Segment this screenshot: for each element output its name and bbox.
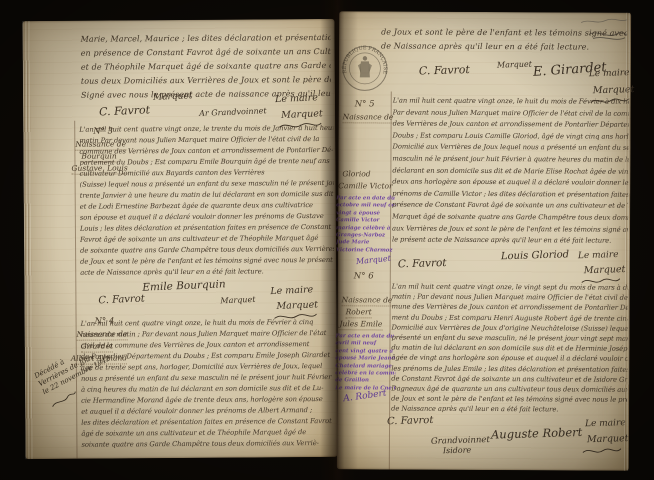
margin-birth-label-5: Naissance de — [343, 112, 394, 123]
handwritten-line: de Graillon — [335, 378, 395, 386]
signature-witness-marquet-3: Marquet — [497, 60, 532, 70]
handwritten-line: de Naissance après qu'il leur en a été f… — [381, 39, 627, 54]
signature-favrot-3: C. Favrot — [419, 63, 470, 78]
mayor-title-4: Le maire — [578, 250, 619, 261]
marriage-stamp-signature-5: Marquet — [356, 254, 392, 266]
margin-surname-5: Gloriod — [342, 169, 370, 178]
handwritten-line: Marquet âgé de soixante quatre ans Garde… — [392, 211, 628, 224]
marriage-stamp-act5: Par acte en date du 29octobre mil neuf c… — [336, 195, 396, 254]
handwritten-line: âgée de vingt ans horlogère son épouse e… — [391, 353, 627, 364]
act3-text: L'an mil huit cent quatre vingt onze, le… — [79, 123, 334, 279]
handwritten-line: de Naissance après qu'il leur en a été f… — [391, 404, 627, 415]
handwritten-line: soixante quatre ans Garde Champêtre tous… — [81, 438, 335, 451]
handwritten-line: acte de Naissance après qu'il leur en a … — [80, 266, 334, 279]
margin-given-names-5: Camille Victor — [338, 181, 392, 190]
signature-robert: Auguste Robert — [491, 425, 583, 442]
handwritten-line: octobre mil neuf cent — [336, 203, 396, 211]
mayor-title-3: Le maire — [589, 68, 630, 79]
handwritten-line: Camille Victor — [336, 217, 396, 225]
margin-act-number-6: N° 6 — [354, 271, 374, 281]
signature-favrot-2: C. Favrot — [98, 293, 145, 306]
signature-mayor-4: Marquet — [584, 264, 626, 276]
handwritten-line: deux ans horlogère son épouse et auquel … — [392, 177, 628, 190]
act6-text: L'an mil huit cent quatre vingt onze, le… — [391, 282, 628, 416]
act4-text: L'an mil huit cent quatre vingt onze, le… — [81, 317, 336, 451]
civil-register-photograph: Marie, Marcel, Maurice ; les dites décla… — [0, 0, 654, 480]
mayor-title-5: Le maire — [585, 418, 626, 429]
handwritten-line: L'an mil huit cent quatre vingt onze, le… — [393, 96, 629, 109]
margin-given-names-6: Jules Emile — [340, 319, 383, 330]
right-page: RÉPUBLIQUE FRANÇAISE de Joux et sont le … — [337, 11, 631, 471]
signature-mayor-5: Marquet — [587, 433, 629, 445]
signature-bourquin: Emile Bourquin — [142, 278, 226, 293]
handwritten-line: des Verrières de Joux canton et arrondis… — [393, 119, 629, 132]
handwritten-line: le présent acte de Naissance après qu'il… — [392, 235, 628, 248]
signature-favrot-4: C. Favrot — [398, 257, 447, 270]
signature-gloriod: Louis Gloriod — [501, 249, 570, 262]
margin-act-number-5: N° 5 — [355, 99, 375, 109]
signature-mayor-3: Marquet — [593, 84, 635, 96]
margin-birth-label-6: Naissance de — [342, 295, 393, 306]
signature-favrot: C. Favrot — [99, 103, 150, 118]
signature-witness-marquet-2: Marquet — [220, 295, 255, 305]
handwritten-line: épousé Marie Jeanne — [335, 355, 395, 363]
handwritten-line: masculin né le présent jour huit Février… — [392, 153, 628, 166]
handwritten-line: partement du Doubs ; Est comparu Emile B… — [79, 156, 333, 169]
signature-favrot-5: C. Favrot — [387, 415, 434, 427]
signature-grandvoinnet: Ar Grandvoinnet — [199, 106, 267, 118]
handwritten-line: Jude Marie — [336, 240, 396, 248]
mayor-title-2: Le maire — [270, 284, 313, 297]
signature-paraph — [581, 446, 623, 456]
handwritten-line: mune des Verrières de Joux canton et arr… — [392, 302, 628, 313]
mayor-title: Le maire — [275, 92, 318, 105]
act5-text: L'an mil huit cent quatre vingt onze, le… — [392, 96, 629, 248]
death-note-paraph — [49, 389, 79, 410]
left-page: Marie, Marcel, Maurice ; les dites décla… — [22, 19, 337, 459]
signature-isidore: Isidore — [443, 445, 472, 455]
handwritten-line: de Joux et sont le père de l'enfant et l… — [80, 255, 334, 268]
act2-continuation-text: Marie, Marcel, Maurice ; les dites décla… — [81, 31, 331, 103]
margin-surname-6: Robert — [346, 307, 372, 318]
signature-witness-marquet: Marquet — [153, 91, 193, 103]
marriage-stamp-act6: Par acte en date du 9avril mil neufcent … — [335, 333, 395, 392]
handwritten-line: de Joux et sont le père de l'enfant et l… — [381, 25, 627, 40]
handwritten-line: avril mil neuf — [335, 341, 395, 349]
act4-continuation-text: de Joux et sont le père de l'enfant et l… — [381, 25, 627, 54]
